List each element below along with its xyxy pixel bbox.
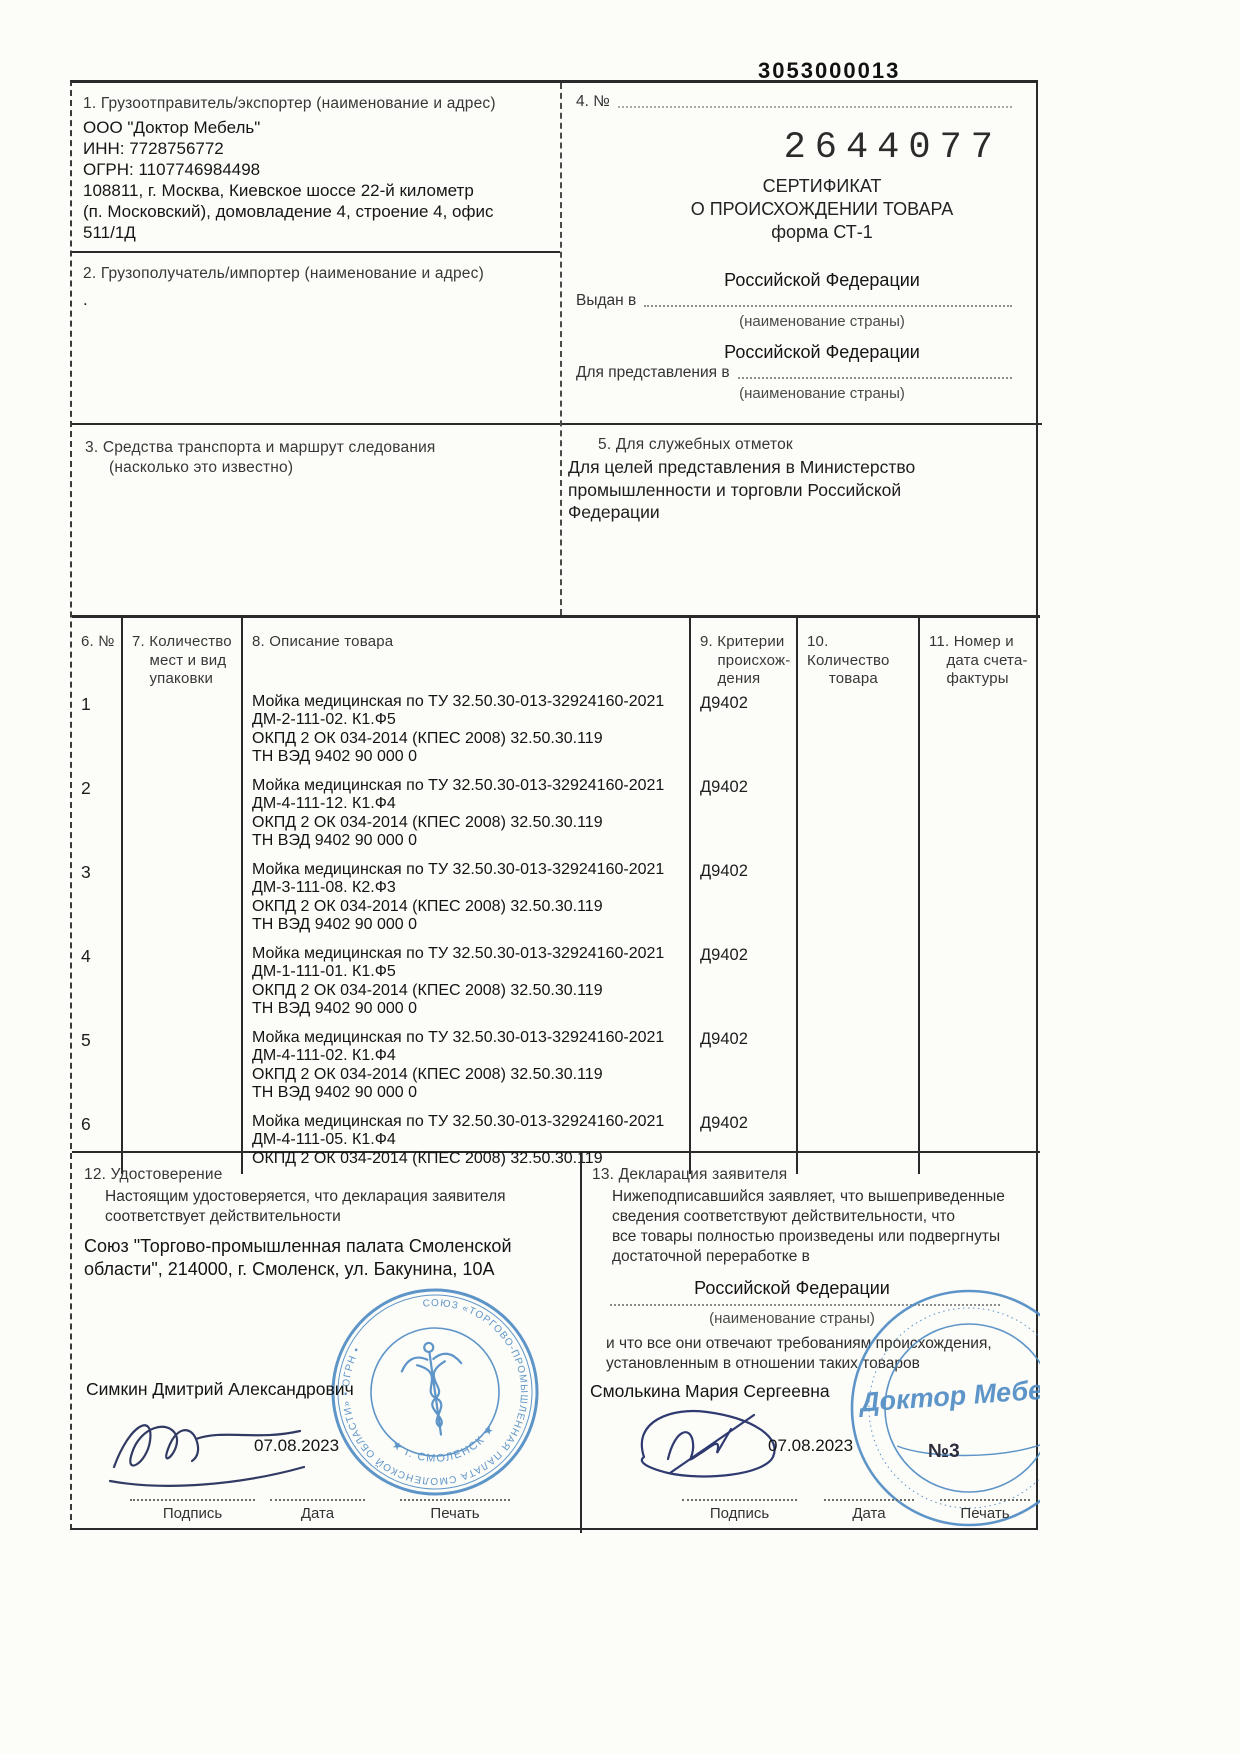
row-packages [122,773,242,857]
goods-table-section: 6. № 7. Количество мест и вид упаковки 8… [72,615,1040,1153]
signature-caption: Подпись [682,1499,797,1522]
row-quantity [797,941,919,1025]
row-invoice [919,689,1040,773]
row-number: 1 [72,689,122,773]
box3-sublabel: (насколько это известно) [109,459,293,477]
goods-row: 1 Мойка медицинская по ТУ 32.50.30-013-3… [72,689,1040,773]
row-criteria: Д9402 [690,941,797,1025]
row-number: 4 [72,941,122,1025]
dotted-line [618,105,1012,108]
box5-label: 5. Для служебных отметок [598,436,793,454]
row-description: Мойка медицинская по ТУ 32.50.30-013-329… [242,773,690,857]
doktor-mebel-stamp: Доктор Мебель [847,1286,1040,1530]
box13-label: 13. Декларация заявителя [592,1166,787,1184]
row-packages [122,941,242,1025]
row-number: 2 [72,773,122,857]
row-number: 3 [72,857,122,941]
signature-caption: Подпись [130,1499,255,1522]
box4-label: 4. № [576,93,610,111]
row-description: Мойка медицинская по ТУ 32.50.30-013-329… [242,941,690,1025]
box5-official-marks: 5. Для служебных отметок Для целей предс… [562,423,1042,615]
box2-consignee: 2. Грузополучатель/импортер (наименовани… [72,251,560,423]
seal-caption: Печать [940,1499,1030,1522]
row-number: 5 [72,1025,122,1109]
applicant-sign-date: 07.08.2023 [768,1436,853,1456]
goods-row: 5 Мойка медицинская по ТУ 32.50.30-013-3… [72,1025,1040,1109]
title-line-1: СЕРТИФИКАТ [612,175,1032,198]
stamp-company-text: Доктор Мебель [857,1373,1040,1418]
bottom-section: 12. Удостоверение Настоящим удостоверяет… [72,1153,1040,1533]
row-quantity [797,773,919,857]
caduceus-icon [398,1339,470,1439]
col-packages-header: 7. Количество мест и вид упаковки [132,633,232,687]
consignee-details: . [83,289,88,310]
box1-label: 1. Грузоотправитель/экспортер (наименова… [83,95,554,113]
box1-consignor: 1. Грузоотправитель/экспортер (наименова… [72,83,560,251]
row-packages [122,689,242,773]
row-invoice [919,1025,1040,1109]
declaration-statement: Нижеподписавшийся заявляет, что вышеприв… [612,1187,1005,1267]
certificate-form: 1. Грузоотправитель/экспортер (наименова… [70,80,1038,1530]
seal-caption: Печать [400,1499,510,1522]
date-caption: Дата [824,1499,914,1522]
row-quantity [797,857,919,941]
row-description: Мойка медицинская по ТУ 32.50.30-013-329… [242,689,690,773]
box12-label: 12. Удостоверение [84,1166,223,1184]
goods-table-header-row: 6. № 7. Количество мест и вид упаковки 8… [72,618,1040,689]
certificate-header-column: 4. № 2644077 СЕРТИФИКАТ О ПРОИСХОЖДЕНИИ … [560,83,1040,615]
chamber-name: Союз "Торгово-промышленная палата Смолен… [84,1235,512,1281]
certification-statement: Настоящим удостоверяется, что декларация… [105,1187,506,1227]
box4-number-line: 4. № [576,93,1022,111]
dotted-line [738,376,1012,379]
issued-country-hint: (наименование страны) [576,313,1022,330]
presented-in-label: Для представления в [576,364,730,382]
col-number-header: 6. № [81,633,115,650]
issued-in-line: Выдан в [576,292,1022,310]
title-line-2: О ПРОИСХОЖДЕНИИ ТОВАРА [612,198,1032,221]
presented-country-hint: (наименование страны) [576,385,1022,402]
goods-row: 4 Мойка медицинская по ТУ 32.50.30-013-3… [72,941,1040,1025]
goods-table: 6. № 7. Количество мест и вид упаковки 8… [72,618,1040,1174]
box3-label: 3. Средства транспорта и маршрут следова… [85,439,436,457]
goods-row: 3 Мойка медицинская по ТУ 32.50.30-013-3… [72,857,1040,941]
issued-in-label: Выдан в [576,292,636,310]
dotted-line [644,304,1012,307]
row-invoice [919,773,1040,857]
presented-in-value: Российской Федерации [576,341,1022,364]
row-invoice [919,941,1040,1025]
row-criteria: Д9402 [690,857,797,941]
col-invoice-header: 11. Номер и дата счета- фактуры [929,633,1028,687]
box3-transport: 3. Средства транспорта и маршрут следова… [72,423,560,615]
title-line-3: форма СТ-1 [612,221,1032,244]
box12-certification: 12. Удостоверение Настоящим удостоверяет… [72,1153,580,1533]
row-invoice [919,857,1040,941]
presented-in-line: Для представления в [576,364,1022,382]
row-packages [122,857,242,941]
row-description: Мойка медицинская по ТУ 32.50.30-013-329… [242,857,690,941]
chamber-sign-date: 07.08.2023 [254,1436,339,1456]
col-criteria-header: 9. Критерии происхож- дения [700,633,791,687]
row-packages [122,1025,242,1109]
row-criteria: Д9402 [690,773,797,857]
issued-in-value: Российской Федерации [576,269,1022,292]
certificate-number: 2644077 [784,127,1002,169]
box2-label: 2. Грузополучатель/импортер (наименовани… [83,265,484,283]
stamp-number: №3 [928,1441,960,1463]
certificate-scan-page: 3053000013 1. Грузоотправитель/экспортер… [0,0,1240,1754]
consignor-details: ООО "Доктор Мебель" ИНН: 7728756772 ОГРН… [83,117,556,243]
goods-row: 2 Мойка медицинская по ТУ 32.50.30-013-3… [72,773,1040,857]
row-description: Мойка медицинская по ТУ 32.50.30-013-329… [242,1025,690,1109]
row-quantity [797,1025,919,1109]
box13-declaration: 13. Декларация заявителя Нижеподписавший… [580,1153,1040,1533]
row-criteria: Д9402 [690,689,797,773]
col-description-header: 8. Описание товара [252,633,393,650]
chamber-signer-name: Симкин Дмитрий Александрович [86,1379,354,1400]
row-criteria: Д9402 [690,1025,797,1109]
col-quantity-header: 10. Количество товара [807,633,890,687]
official-marks-text: Для целей представления в Министерство п… [568,456,915,524]
certificate-title: СЕРТИФИКАТ О ПРОИСХОЖДЕНИИ ТОВАРА форма … [612,175,1032,244]
row-quantity [797,689,919,773]
date-caption: Дата [270,1499,365,1522]
